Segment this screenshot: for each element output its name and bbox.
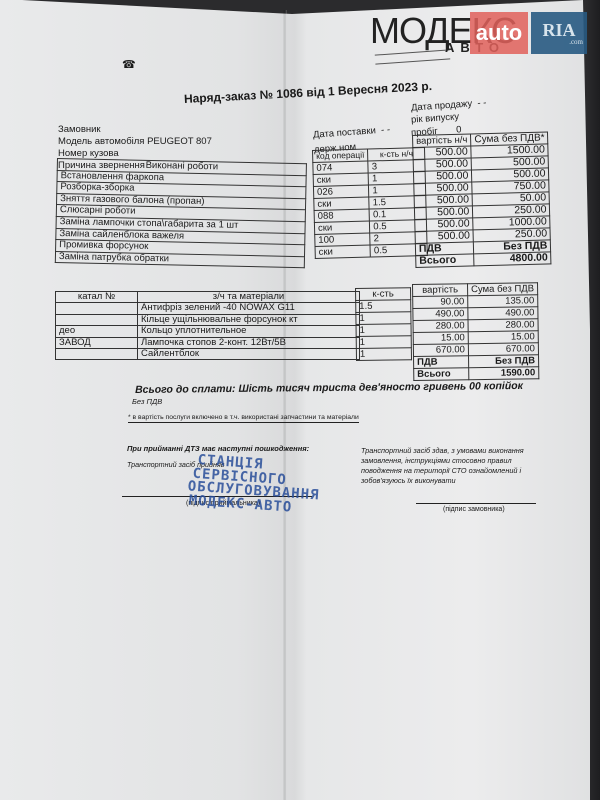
model-label: Модель автомобіля PEUGEOT 807: [58, 136, 212, 147]
parts-prices-table: вартістьСума без ПДВ 90.00135.00 490.004…: [412, 282, 539, 381]
works-total-value: 4800.00: [474, 252, 551, 266]
works-prices-table: вартість н/чСума без ПДВ* 500.001500.00 …: [412, 131, 552, 268]
parts-header-sum: Сума без ПДВ: [468, 283, 538, 296]
part-sum: 490.00: [468, 307, 538, 320]
table-row: 1: [356, 312, 411, 325]
part-qty: 1.5: [356, 300, 411, 313]
part-qty: 1: [356, 312, 411, 325]
works-total-label: Всього: [416, 254, 475, 268]
part-price: 15.00: [413, 332, 468, 345]
works-table: Виконані роботи Встановлення фаркопа Роз…: [55, 158, 307, 269]
part-sum: 15.00: [468, 331, 538, 344]
table-row: Антифріз зелений -40 NOWAX G11: [56, 303, 360, 314]
part-name: Кільце ущільнювальне форсунок кт: [138, 314, 360, 325]
part-catalog: део: [56, 326, 138, 337]
table-row: 490.00490.00: [413, 307, 538, 321]
autoria-watermark-auto: auto: [470, 12, 528, 54]
customer-signature-line: [416, 503, 536, 504]
phone-icon: ☎: [122, 58, 136, 71]
part-catalog: [56, 314, 138, 325]
parts-total-label: Всього: [414, 368, 469, 381]
part-price: 490.00: [413, 308, 468, 321]
part-price: 670.00: [413, 344, 468, 357]
sale-date-value: - -: [477, 97, 487, 109]
damage-label: При прийманні ДТЗ має наступні пошкоджен…: [127, 444, 309, 453]
part-price: 90.00: [413, 296, 468, 309]
works-header-code: код операції: [313, 149, 369, 162]
work-code: ски: [315, 245, 371, 258]
parts-vat-label: ПДВ: [414, 356, 469, 369]
parts-vat-value: Без ПДВ: [469, 355, 539, 368]
part-catalog: ЗАВОД: [56, 337, 138, 348]
part-price: 280.00: [413, 320, 468, 333]
table-row: 15.0015.00: [413, 331, 538, 345]
part-sum: 670.00: [468, 343, 538, 356]
part-catalog: [56, 303, 138, 314]
table-row: 670.00670.00: [413, 343, 538, 357]
customer-signature-label: (підпис замовника): [443, 506, 505, 513]
customer-label: Замовник: [58, 124, 101, 135]
parts-header-qty: к-сть: [356, 288, 411, 301]
table-row: 280.00280.00: [413, 319, 538, 333]
table-row: Сайлентблок: [56, 349, 360, 360]
parts-header-price: вартість: [413, 284, 468, 297]
company-stamp: СТАНЦІЯ СЕРВІСНОГО ОБСЛУГОВУВАННЯ МОДЕКС…: [186, 453, 321, 516]
table-row: ЗАВОДЛампочка стопов 2-конт. 12Вт/5В: [56, 337, 360, 348]
footnote: * в вартість послуги включено в т.ч. вик…: [128, 414, 359, 423]
parts-qty-table: к-сть 1.5 1 1 1 1: [355, 287, 412, 361]
part-sum: 280.00: [468, 319, 538, 332]
part-name: Кольцо уплотнительное: [138, 326, 360, 337]
table-row: 1.5: [356, 300, 411, 313]
handover-statement: Транспортний засіб здав, з умовами викон…: [361, 446, 541, 486]
parts-table: катал №з/ч та матеріали Антифріз зелений…: [55, 291, 360, 360]
works-codes-table: код операціїк-сть н/ч 0743 ски1 0261 ски…: [312, 147, 428, 259]
part-qty: 1: [356, 336, 411, 349]
watermark-auto-text: auto: [476, 20, 522, 46]
watermark-ria-text: RIA: [542, 21, 575, 39]
part-name: Лампочка стопов 2-конт. 12Вт/5В: [138, 337, 360, 348]
parts-header-catalog: катал №: [56, 292, 138, 303]
no-vat-note: Без ПДВ: [132, 397, 162, 406]
paper-fold: [283, 10, 287, 800]
table-row: деоКольцо уплотнительное: [56, 326, 360, 337]
table-row: ски0.5: [315, 244, 428, 259]
part-sum: 135.00: [468, 295, 538, 308]
parts-header-name: з/ч та матеріали: [138, 292, 360, 303]
autoria-watermark-ria: RIA.com: [531, 12, 587, 54]
delivery-date-value: - -: [381, 124, 391, 136]
table-row: 1: [356, 348, 411, 361]
part-qty: 1: [356, 348, 411, 361]
table-row: 1: [356, 324, 411, 337]
work-rate: 500.00: [415, 230, 474, 244]
part-qty: 1: [356, 324, 411, 337]
table-row: Кільце ущільнювальне форсунок кт: [56, 314, 360, 325]
part-name: Сайлентблок: [138, 349, 360, 360]
parts-total-value: 1590.00: [469, 367, 539, 380]
table-row: 90.00135.00: [413, 295, 538, 309]
part-name: Антифріз зелений -40 NOWAX G11: [138, 303, 360, 314]
work-order-document: [0, 0, 590, 800]
table-row: 1: [356, 336, 411, 349]
part-catalog: [56, 349, 138, 360]
watermark-domain: .com: [569, 39, 583, 46]
